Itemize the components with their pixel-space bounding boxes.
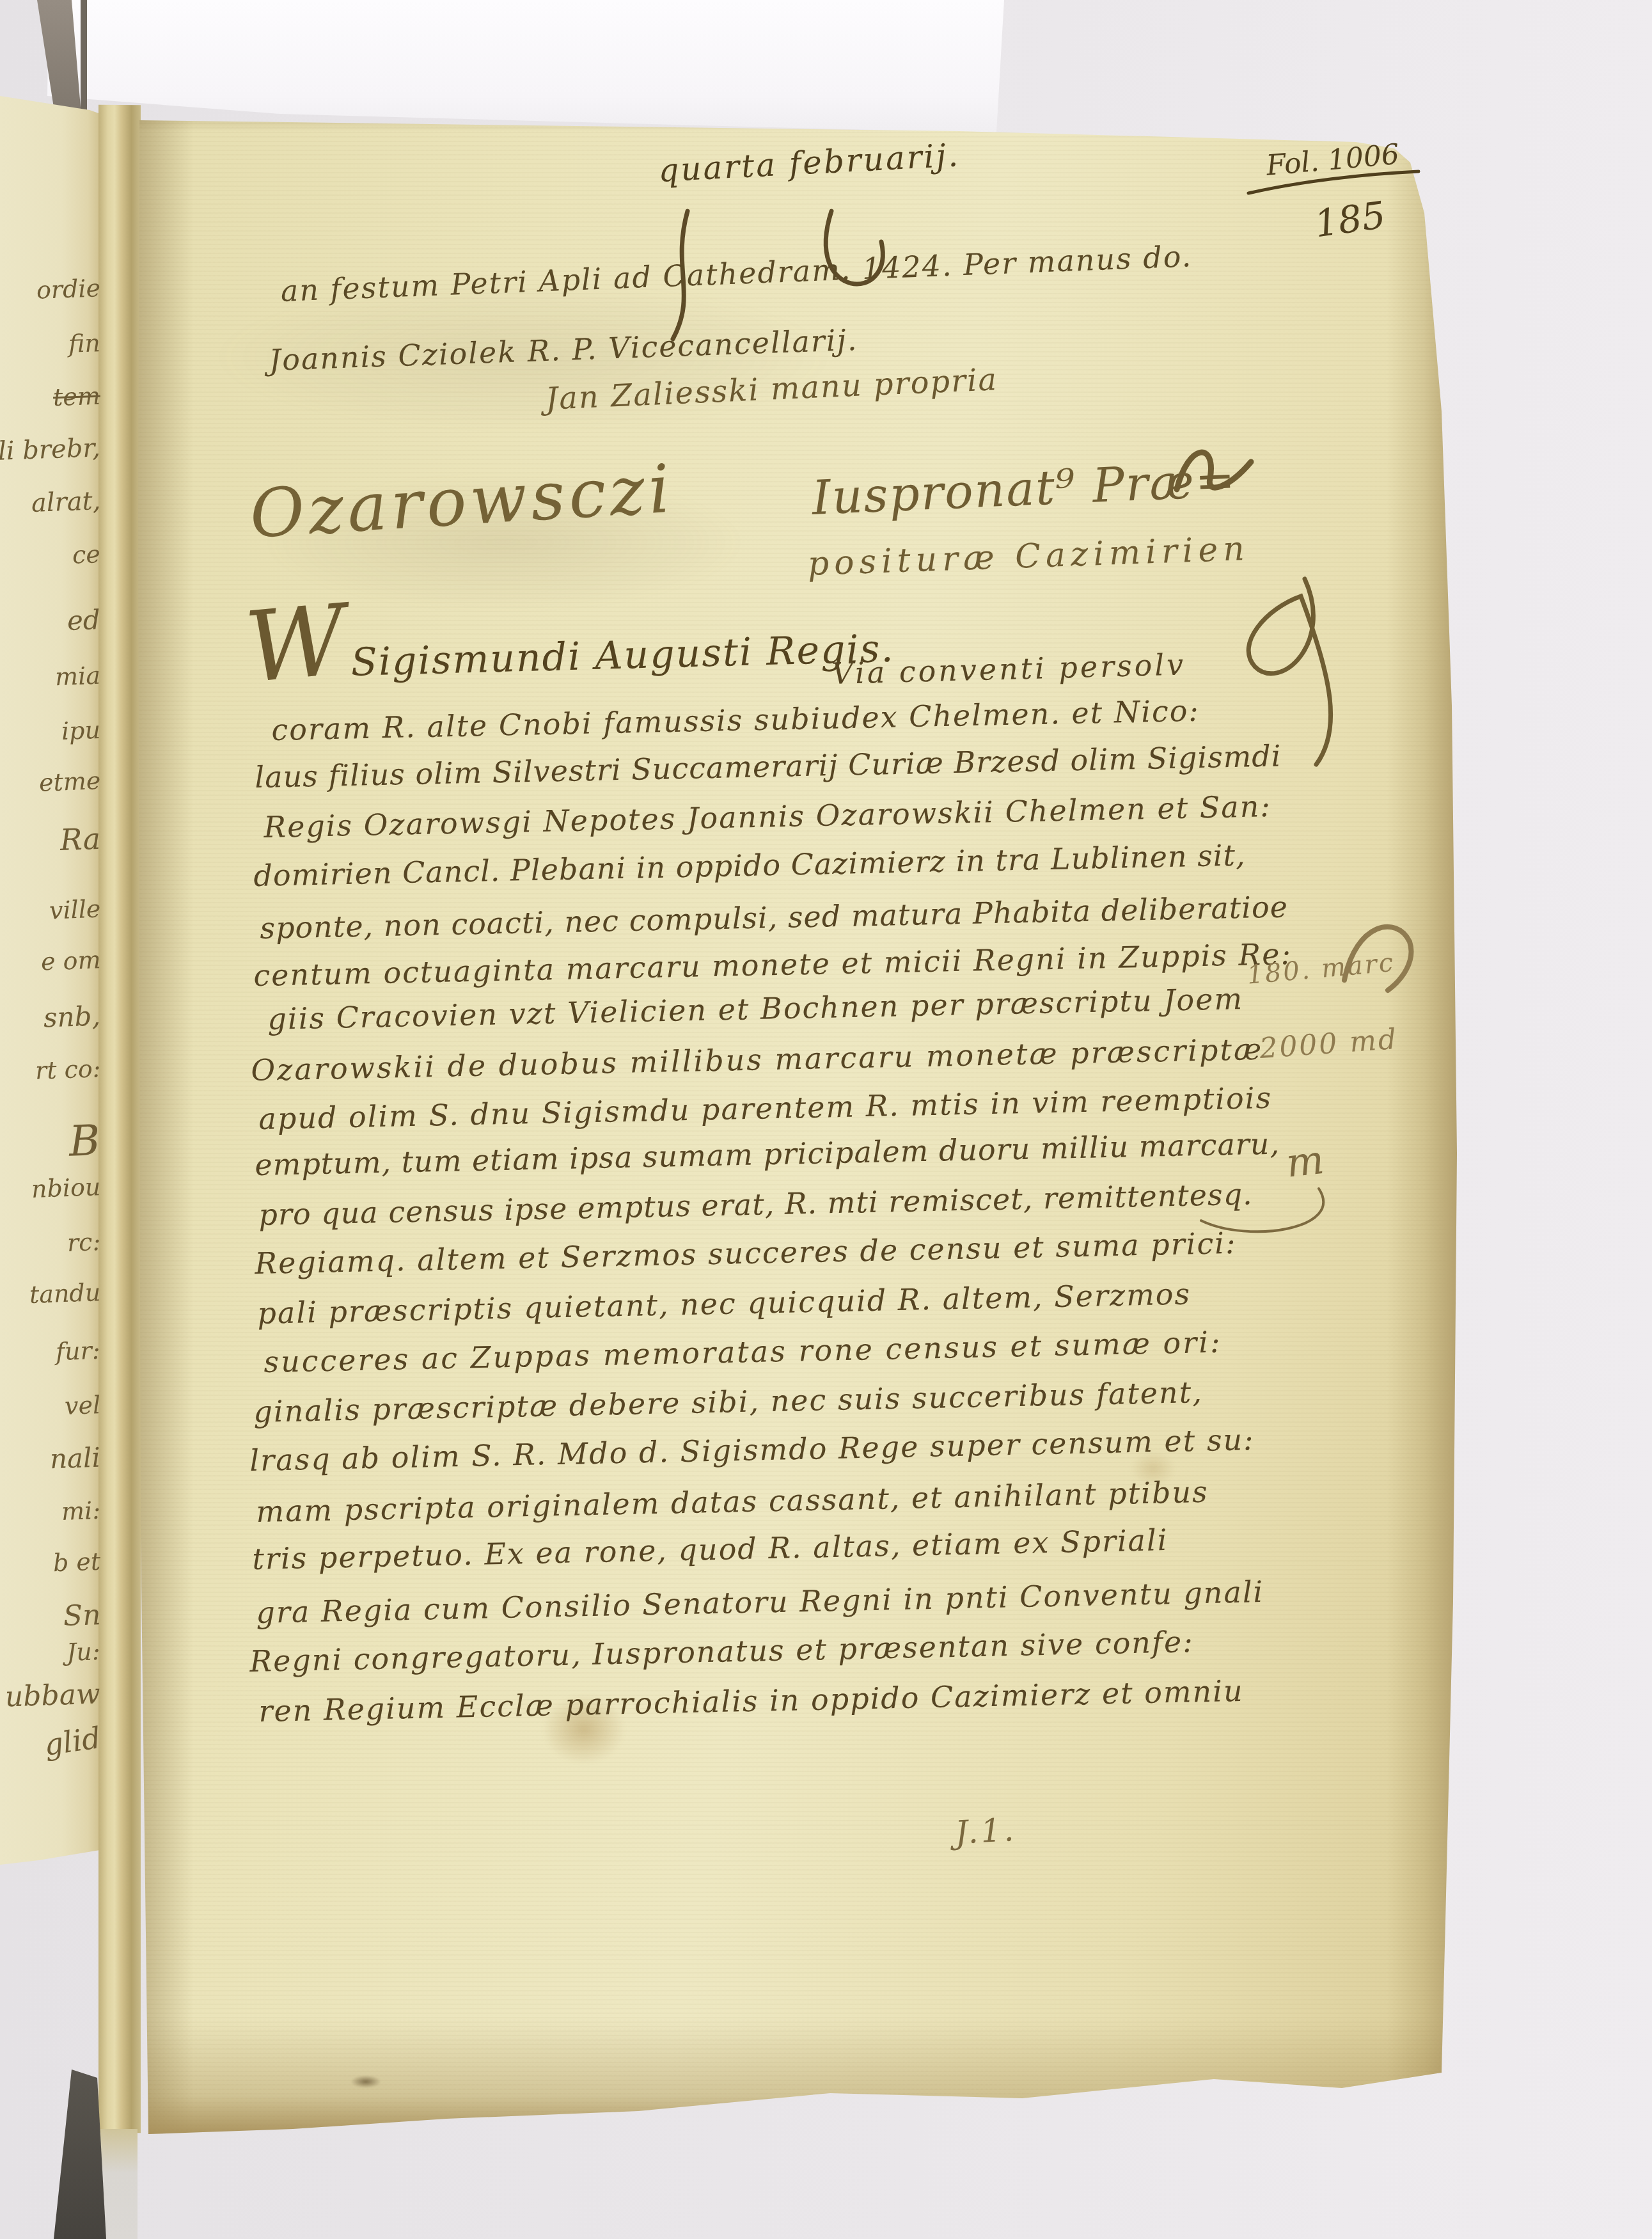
drop-initial: W <box>242 591 350 697</box>
margin-note-mark: m <box>1284 1140 1326 1183</box>
verso-fragment: alrat, <box>31 486 101 518</box>
verso-fragment: nbiou <box>31 1173 101 1203</box>
verso-fragment: Ra <box>59 821 101 857</box>
verso-fragment: ce <box>72 540 100 569</box>
catchword: J.1. <box>954 1814 1017 1849</box>
verso-fragment: ipu <box>61 716 100 745</box>
verso-fragment: rc: <box>67 1228 101 1257</box>
verso-fragment: tem <box>52 382 100 412</box>
verso-fragment: ville <box>49 895 101 925</box>
verso-fragment: glid <box>42 1720 102 1762</box>
verso-fragment: tandu <box>29 1278 101 1309</box>
body-line1-rest: Via conventi persolv <box>831 650 1186 688</box>
verso-fragment: ed <box>67 604 100 637</box>
verso-fragment: B <box>68 1116 101 1166</box>
page-number: 185 <box>1312 196 1388 243</box>
verso-fragment: ordie <box>36 274 100 304</box>
verso-fragment: etme <box>38 766 101 796</box>
verso-fragment: mi: <box>61 1496 100 1526</box>
verso-fragment: Sn <box>63 1599 101 1633</box>
verso-fragment: Ju: <box>67 1637 101 1666</box>
verso-fragment: rt co: <box>35 1054 101 1085</box>
verso-fragment: mia <box>54 661 100 691</box>
verso-fragment: fin <box>68 329 100 358</box>
verso-fragment: nali <box>49 1442 101 1475</box>
manuscript-scan: { "document": { "header": { "date_headin… <box>0 0 1652 2239</box>
verso-fragment: snb, <box>43 1000 100 1033</box>
verso-fragment: e om <box>40 945 101 976</box>
verso-fragment: fur: <box>56 1336 101 1366</box>
verso-fragment: vel <box>64 1391 101 1420</box>
verso-fragment: li brebr, <box>0 433 101 466</box>
verso-fragments: ordie fin tem li brebr, alrat, ce ed mia… <box>0 0 106 2239</box>
verso-fragment: ubbaw <box>5 1677 101 1713</box>
verso-fragment: b et <box>52 1547 101 1578</box>
heading-descender-loop <box>1248 579 1330 764</box>
